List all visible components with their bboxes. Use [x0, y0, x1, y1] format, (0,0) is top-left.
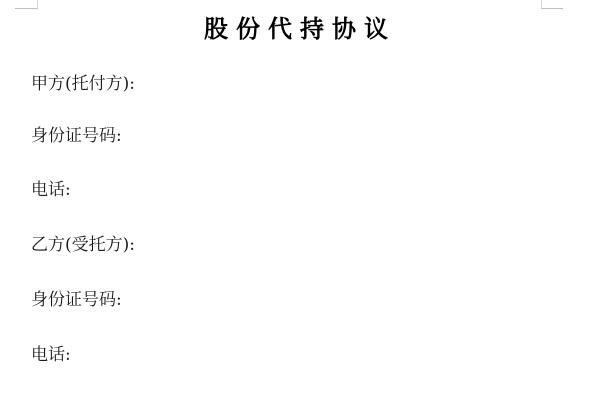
field-label-phone-party-b: 电话: — [31, 345, 71, 365]
document-title: 股份代持协议 — [0, 15, 600, 43]
field-label-id-number-party-b: 身份证号码: — [31, 290, 122, 310]
field-label-id-number-party-a: 身份证号码: — [31, 126, 122, 146]
crop-mark-top-left-icon — [15, 0, 38, 9]
field-label-party-a: 甲方(托付方): — [31, 74, 135, 94]
crop-mark-top-right-icon — [541, 0, 563, 9]
field-label-phone-party-a: 电话: — [31, 180, 71, 200]
screenshot-root: { "document": { "title": "股份代持协议", "line… — [0, 0, 600, 400]
field-label-party-b: 乙方(受托方): — [31, 235, 135, 255]
document-page: 股份代持协议 甲方(托付方): 身份证号码: 电话: 乙方(受托方): 身份证号… — [0, 0, 600, 400]
